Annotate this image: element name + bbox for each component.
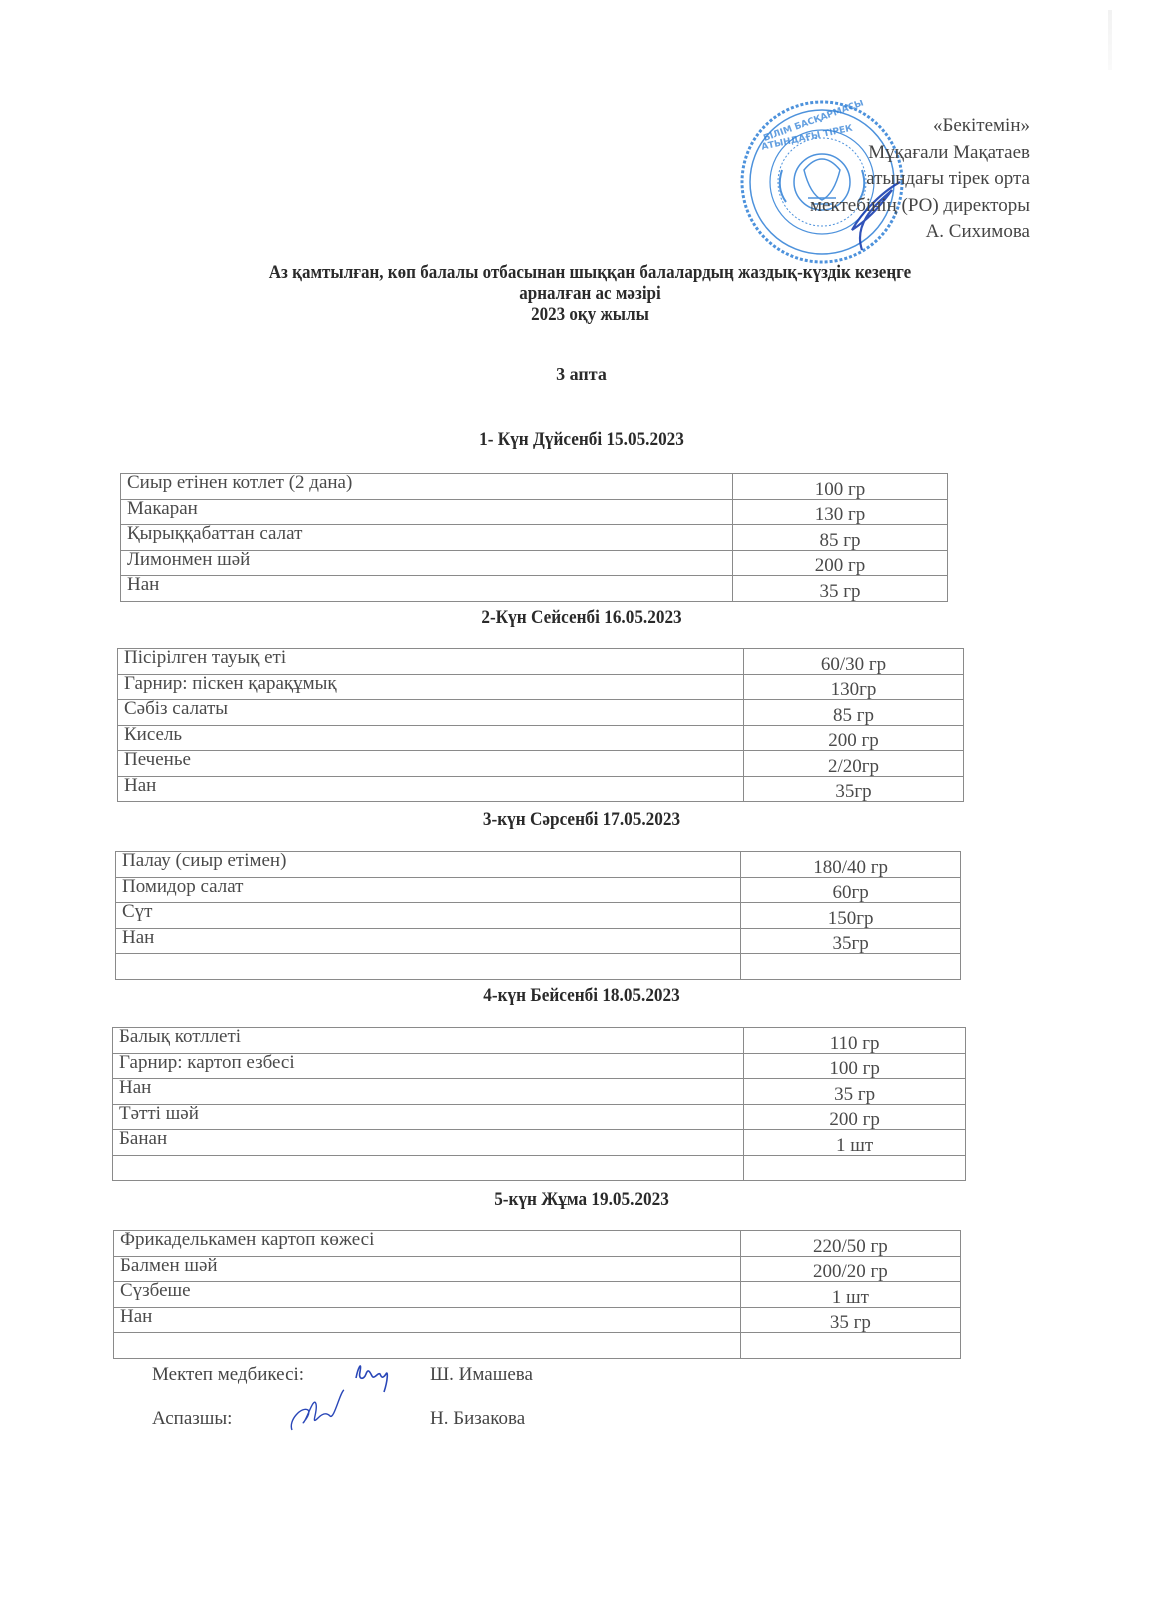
approval-line-1: «Бекітемін» — [810, 113, 1030, 140]
signature-role: Аспазшы: — [152, 1408, 232, 1429]
menu-row: Қырыққабаттан салат85 гр — [121, 525, 948, 551]
dish-name: Гарнир: картоп езбесі — [113, 1053, 744, 1079]
menu-row: Балық котллеті110 гр — [113, 1028, 966, 1054]
dish-amount: 220/50 гр — [740, 1231, 960, 1257]
signature-nurse: Мектеп медбикесі: Ш. Имашева — [152, 1364, 304, 1386]
menu-row — [114, 1333, 961, 1359]
dish-amount: 35 гр — [744, 1079, 966, 1105]
dish-amount: 60/30 гр — [744, 649, 964, 675]
menu-row: Сүт150гр — [116, 903, 961, 929]
dish-name: Лимонмен шәй — [121, 550, 733, 576]
dish-name — [116, 954, 741, 980]
dish-amount: 100 гр — [744, 1053, 966, 1079]
dish-name: Сәбіз салаты — [118, 700, 744, 726]
menu-row: Помидор салат60гр — [116, 877, 961, 903]
dish-name: Банан — [113, 1130, 744, 1156]
dish-name: Қырыққабаттан салат — [121, 525, 733, 551]
dish-amount: 85 гр — [744, 700, 964, 726]
menu-table-day-4: Балық котллеті110 грГарнир: картоп езбес… — [112, 1027, 966, 1181]
dish-name: Гарнир: піскен қарақұмық — [118, 674, 744, 700]
dish-amount: 85 гр — [732, 525, 947, 551]
title-line-1: Аз қамтылған, көп балалы отбасынан шыққа… — [185, 263, 995, 284]
dish-amount: 130 гр — [732, 499, 947, 525]
dish-name: Нан — [118, 776, 744, 802]
dish-name: Макаран — [121, 499, 733, 525]
menu-row: Нан35 гр — [113, 1079, 966, 1105]
menu-table-day-2: Пісірілген тауық еті60/30 грГарнир: піск… — [117, 648, 964, 802]
signature-name: Н. Бизакова — [430, 1408, 525, 1430]
dish-amount: 200 гр — [744, 1104, 966, 1130]
dish-amount — [741, 954, 961, 980]
dish-name: Нан — [113, 1079, 744, 1105]
menu-row: Кисель200 гр — [118, 725, 964, 751]
day-heading-4: 4-күн Бейсенбі 18.05.2023 — [41, 986, 1123, 1007]
dish-name: Помидор салат — [116, 877, 741, 903]
dish-name: Тәтті шәй — [113, 1104, 744, 1130]
dish-amount: 35гр — [741, 928, 961, 954]
dish-amount: 100 гр — [732, 474, 947, 500]
day-heading-3: 3-күн Сәрсенбі 17.05.2023 — [41, 810, 1123, 831]
dish-amount — [740, 1333, 960, 1359]
menu-row: Нан35гр — [118, 776, 964, 802]
menu-row: Гарнир: картоп езбесі100 гр — [113, 1053, 966, 1079]
approval-line-4: мектебінің (РО) директоры — [810, 193, 1030, 220]
week-label: 3 апта — [0, 364, 1163, 385]
dish-name: Нан — [114, 1307, 741, 1333]
dish-amount: 130гр — [744, 674, 964, 700]
menu-row — [113, 1155, 966, 1181]
dish-amount: 1 шт — [740, 1282, 960, 1308]
menu-row: Сәбіз салаты85 гр — [118, 700, 964, 726]
menu-row — [116, 954, 961, 980]
dish-amount: 60гр — [741, 877, 961, 903]
signature-role: Мектеп медбикесі: — [152, 1364, 304, 1385]
menu-rows: Сиыр етінен котлет (2 дана)100 грМакаран… — [121, 474, 948, 602]
menu-rows: Палау (сиыр етімен)180/40 грПомидор сала… — [116, 852, 961, 980]
menu-row: Нан35гр — [116, 928, 961, 954]
menu-rows: Фрикаделькамен картоп көжесі220/50 грБал… — [114, 1231, 961, 1359]
dish-amount: 35 гр — [732, 576, 947, 602]
day-heading-2: 2-Күн Сейсенбі 16.05.2023 — [41, 608, 1123, 629]
title-line-3: 2023 оқу жылы — [185, 305, 995, 326]
dish-name: Нан — [121, 576, 733, 602]
dish-amount — [744, 1155, 966, 1181]
document-title: Аз қамтылған, көп балалы отбасынан шыққа… — [185, 263, 995, 326]
menu-row: Палау (сиыр етімен)180/40 гр — [116, 852, 961, 878]
menu-row: Пісірілген тауық еті60/30 гр — [118, 649, 964, 675]
dish-name: Сиыр етінен котлет (2 дана) — [121, 474, 733, 500]
menu-row: Балмен шәй200/20 гр — [114, 1256, 961, 1282]
dish-name: Кисель — [118, 725, 744, 751]
dish-name: Палау (сиыр етімен) — [116, 852, 741, 878]
approval-line-3: атындағы тірек орта — [810, 166, 1030, 193]
dish-name: Балық котллеті — [113, 1028, 744, 1054]
dish-amount: 150гр — [741, 903, 961, 929]
menu-rows: Балық котллеті110 грГарнир: картоп езбес… — [113, 1028, 966, 1181]
menu-table-day-1: Сиыр етінен котлет (2 дана)100 грМакаран… — [120, 473, 948, 602]
menu-row: Гарнир: піскен қарақұмық130гр — [118, 674, 964, 700]
dish-name — [114, 1333, 741, 1359]
dish-amount: 35 гр — [740, 1307, 960, 1333]
dish-name: Нан — [116, 928, 741, 954]
menu-row: Тәтті шәй200 гр — [113, 1104, 966, 1130]
dish-name — [113, 1155, 744, 1181]
day-heading-1: 1- Күн Дүйсенбі 15.05.2023 — [41, 430, 1123, 451]
dish-amount: 200 гр — [732, 550, 947, 576]
title-line-2: арналған ас мәзірі — [185, 284, 995, 305]
approval-line-5: А. Сихимова — [810, 219, 1030, 246]
menu-row: Нан35 гр — [114, 1307, 961, 1333]
menu-table-day-5: Фрикаделькамен картоп көжесі220/50 грБал… — [113, 1230, 961, 1359]
dish-amount: 35гр — [744, 776, 964, 802]
menu-row: Нан35 гр — [121, 576, 948, 602]
dish-name: Сүзбеше — [114, 1282, 741, 1308]
dish-name: Сүт — [116, 903, 741, 929]
menu-table-day-3: Палау (сиыр етімен)180/40 грПомидор сала… — [115, 851, 961, 980]
dish-amount: 200 гр — [744, 725, 964, 751]
dish-amount: 180/40 гр — [741, 852, 961, 878]
dish-name: Фрикаделькамен картоп көжесі — [114, 1231, 741, 1257]
menu-row: Сиыр етінен котлет (2 дана)100 гр — [121, 474, 948, 500]
approval-block: «Бекітемін» Мұқағали Мақатаев атындағы т… — [810, 113, 1030, 246]
menu-row: Печенье2/20гр — [118, 751, 964, 777]
menu-row: Банан1 шт — [113, 1130, 966, 1156]
dish-amount: 110 гр — [744, 1028, 966, 1054]
dish-amount: 2/20гр — [744, 751, 964, 777]
dish-amount: 200/20 гр — [740, 1256, 960, 1282]
menu-row: Сүзбеше1 шт — [114, 1282, 961, 1308]
handwritten-signature-icon — [284, 1388, 364, 1438]
scan-edge-mark — [1108, 10, 1112, 70]
dish-name: Балмен шәй — [114, 1256, 741, 1282]
approval-line-2: Мұқағали Мақатаев — [810, 140, 1030, 167]
signature-cook: Аспазшы: Н. Бизакова — [152, 1408, 232, 1430]
dish-name: Печенье — [118, 751, 744, 777]
signature-name: Ш. Имашева — [430, 1364, 533, 1386]
menu-row: Фрикаделькамен картоп көжесі220/50 гр — [114, 1231, 961, 1257]
menu-row: Макаран130 гр — [121, 499, 948, 525]
dish-amount: 1 шт — [744, 1130, 966, 1156]
day-heading-5: 5-күн Жұма 19.05.2023 — [41, 1190, 1123, 1211]
menu-rows: Пісірілген тауық еті60/30 грГарнир: піск… — [118, 649, 964, 802]
menu-row: Лимонмен шәй200 гр — [121, 550, 948, 576]
dish-name: Пісірілген тауық еті — [118, 649, 744, 675]
